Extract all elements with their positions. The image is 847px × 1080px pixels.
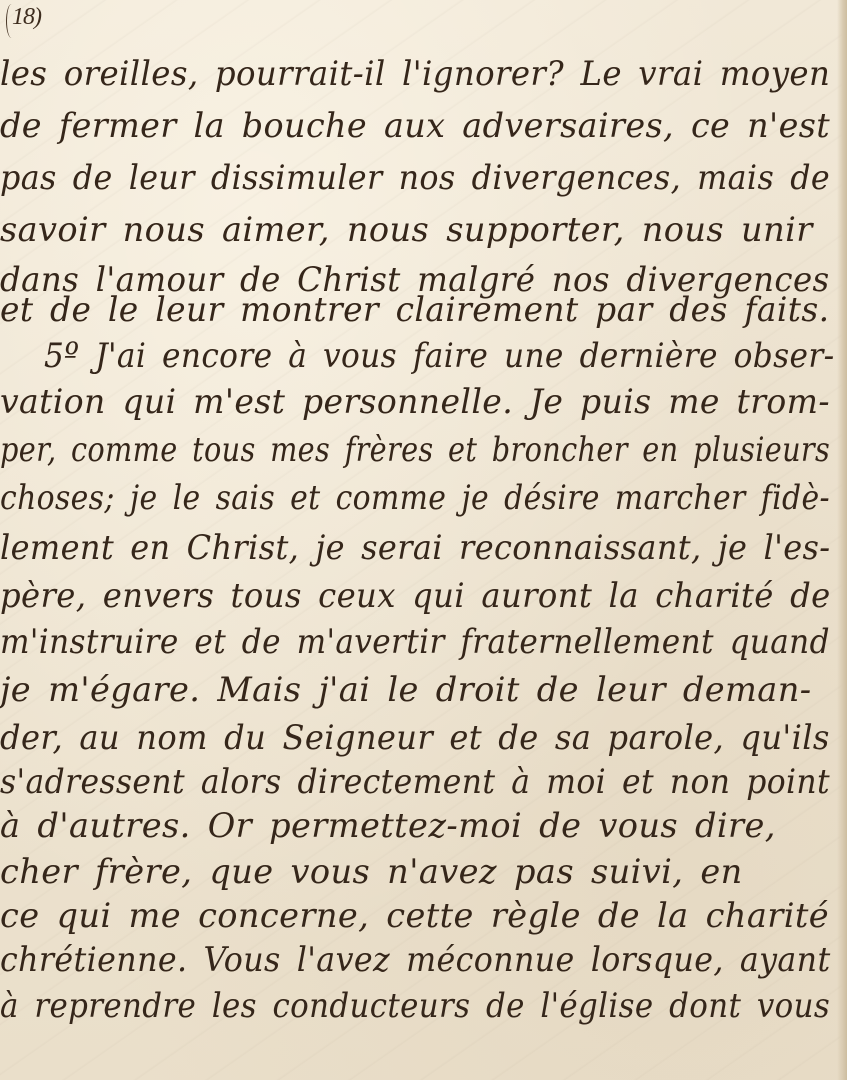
text-line: savoir nous aimer, nous supporter, nous … [0, 210, 830, 250]
text-line: chrétienne. Vous l'avez méconnue lorsque… [0, 940, 783, 980]
text-line: à reprendre les conducteurs de l'église … [0, 986, 763, 1026]
text-line: père, envers tous ceux qui auront la cha… [0, 576, 797, 616]
text-line: à d'autres. Or permettez-moi de vous dir… [0, 806, 830, 846]
text-line: et de le leur montrer clairement par des… [0, 290, 811, 330]
text-line: cher frère, que vous n'avez pas suivi, e… [0, 852, 830, 892]
text-line: m'instruire et de m'avertir fraternellem… [0, 622, 769, 662]
text-line: lement en Christ, je serai reconnaissant… [0, 528, 790, 568]
manuscript-text: les oreilles, pourrait-il l'ignorer? Le … [0, 0, 847, 1080]
text-line: je m'égare. Mais j'ai le droit de leur d… [0, 670, 830, 710]
text-line: pas de leur dissimuler nos divergences, … [0, 158, 785, 198]
text-line: vation qui m'est personnelle. Je puis me… [0, 382, 816, 422]
text-line: der, au nom du Seigneur et de sa parole,… [0, 718, 794, 758]
text-line: de fermer la bouche aux adversaires, ce … [0, 106, 825, 146]
text-line: 5º J'ai encore à vous faire une dernière… [44, 336, 815, 376]
text-line: les oreilles, pourrait-il l'ignorer? Le … [0, 54, 801, 94]
text-line: s'adressent alors directement à moi et n… [0, 762, 776, 802]
text-line: choses; je le sais et comme je désire ma… [0, 478, 738, 518]
text-line: per, comme tous mes frères et broncher e… [0, 430, 710, 470]
text-line: ce qui me concerne, cette règle de la ch… [0, 896, 830, 936]
manuscript-page: 18) les oreilles, pourrait-il l'ignorer?… [0, 0, 847, 1080]
